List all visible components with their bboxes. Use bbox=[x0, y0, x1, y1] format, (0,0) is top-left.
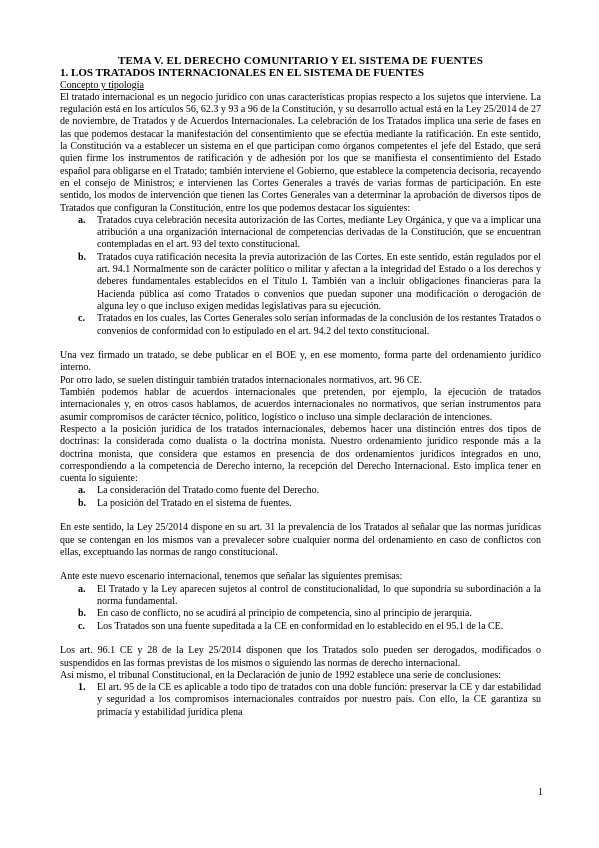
list-item-text: En caso de conflicto, no se acudirá al p… bbox=[97, 608, 541, 620]
list-item-marker: a. bbox=[78, 215, 97, 252]
list-item-marker: c. bbox=[78, 621, 97, 633]
page-number: 1 bbox=[538, 787, 543, 799]
list-item-text: Tratados cuya celebración necesita autor… bbox=[97, 215, 541, 252]
document-content: TEMA V. EL DERECHO COMUNITARIO Y EL SIST… bbox=[60, 55, 541, 719]
list-item-marker: c. bbox=[78, 313, 97, 338]
document-page: TEMA V. EL DERECHO COMUNITARIO Y EL SIST… bbox=[0, 0, 599, 848]
blank-line bbox=[60, 510, 541, 522]
paragraph-normativos: Por otro lado, se suelen distinguir tamb… bbox=[60, 375, 541, 387]
monista-list: a. La consideración del Tratado como fue… bbox=[78, 485, 541, 510]
list-item-text: Tratados en los cuales, las Cortes Gener… bbox=[97, 313, 541, 338]
conclusiones-list: 1. El art. 95 de la CE es aplicable a to… bbox=[78, 682, 541, 719]
list-item-text: La posición del Tratado en el sistema de… bbox=[97, 498, 541, 510]
premisas-list: a. El Tratado y la Ley aparecen sujetos … bbox=[78, 584, 541, 633]
list-item: c. Los Tratados son una fuente supeditad… bbox=[78, 621, 541, 633]
paragraph-derogacion: Los art. 96.1 CE y 28 de la Ley 25/2014 … bbox=[60, 645, 541, 670]
paragraph-intro: El tratado internacional es un negocio j… bbox=[60, 92, 541, 215]
list-item-marker: a. bbox=[78, 584, 97, 609]
paragraph-premisas-intro: Ante este nuevo escenario internacional,… bbox=[60, 571, 541, 583]
list-item-marker: b. bbox=[78, 498, 97, 510]
list-item: b. Tratados cuya ratificación necesita l… bbox=[78, 252, 541, 313]
list-item: a. El Tratado y la Ley aparecen sujetos … bbox=[78, 584, 541, 609]
list-item: b. La posición del Tratado en el sistema… bbox=[78, 498, 541, 510]
doc-title: TEMA V. EL DERECHO COMUNITARIO Y EL SIST… bbox=[60, 55, 541, 67]
list-item-marker: 1. bbox=[78, 682, 97, 719]
list-item: c. Tratados en los cuales, las Cortes Ge… bbox=[78, 313, 541, 338]
subheading-concepto-tipologia: Concepto y tipología bbox=[60, 80, 541, 92]
list-item-marker: b. bbox=[78, 252, 97, 313]
treaty-types-list: a. Tratados cuya celebración necesita au… bbox=[78, 215, 541, 338]
paragraph-prevalencia: En este sentido, la Ley 25/2014 dispone … bbox=[60, 522, 541, 559]
paragraph-acuerdos: También podemos hablar de acuerdos inter… bbox=[60, 387, 541, 424]
list-item-text: La consideración del Tratado como fuente… bbox=[97, 485, 541, 497]
list-item-text: Los Tratados son una fuente supeditada a… bbox=[97, 621, 541, 633]
list-item-text: El art. 95 de la CE es aplicable a todo … bbox=[97, 682, 541, 719]
list-item-text: El Tratado y la Ley aparecen sujetos al … bbox=[97, 584, 541, 609]
list-item-marker: b. bbox=[78, 608, 97, 620]
list-item-marker: a. bbox=[78, 485, 97, 497]
list-item: b. En caso de conflicto, no se acudirá a… bbox=[78, 608, 541, 620]
paragraph-tc-declaracion: Así mismo, el tribunal Constitucional, e… bbox=[60, 670, 541, 682]
blank-line bbox=[60, 633, 541, 645]
list-item: a. Tratados cuya celebración necesita au… bbox=[78, 215, 541, 252]
blank-line bbox=[60, 559, 541, 571]
paragraph-boe: Una vez firmado un tratado, se debe publ… bbox=[60, 350, 541, 375]
list-item: 1. El art. 95 de la CE es aplicable a to… bbox=[78, 682, 541, 719]
section-heading: 1. LOS TRATADOS INTERNACIONALES EN EL SI… bbox=[60, 67, 541, 79]
list-item-text: Tratados cuya ratificación necesita la p… bbox=[97, 252, 541, 313]
paragraph-doctrinas: Respecto a la posición jurídica de los t… bbox=[60, 424, 541, 485]
list-item: a. La consideración del Tratado como fue… bbox=[78, 485, 541, 497]
blank-line bbox=[60, 338, 541, 350]
